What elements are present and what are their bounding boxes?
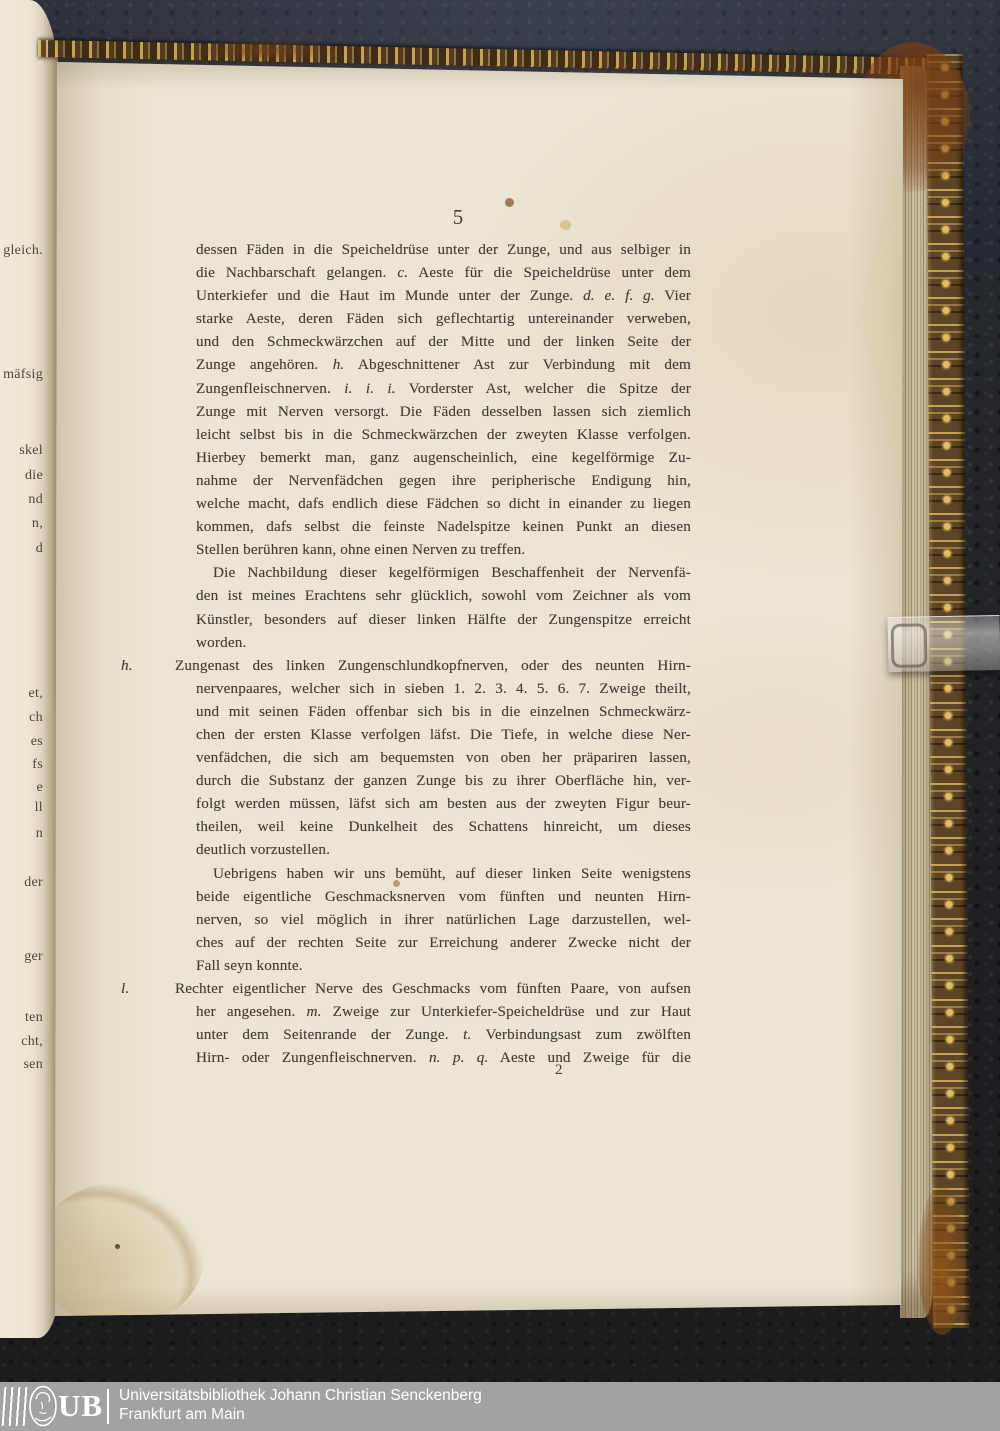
text-line: Zunge mit Nerven versorgt. Die Fäden des… [175,400,691,423]
text-line: unter dem Seitenrande der Zunge. t. Verb… [175,1023,691,1046]
text-line: Fall seyn konnte. [175,954,691,977]
ub-logo-text: UB [58,1387,103,1425]
text-line: starke Aeste, deren Fäden sich geflechta… [175,307,691,330]
text-line: worden. [175,631,691,654]
text-line: Stellen berühren kann, ohne einen Nerven… [175,538,691,561]
text-line: welche macht, dafs endlich diese Fädchen… [175,492,691,515]
margin-text-fragment: n [36,826,43,842]
text-line: den ist meines Erachtens sehr glücklich,… [175,584,691,607]
library-banner: UB Universitätsbibliothek Johann Christi… [0,1382,1000,1431]
gilt-fore-edge [927,54,970,1328]
item-label: l. [121,977,129,1000]
library-name-line1: Universitätsbibliothek Johann Christian … [119,1386,482,1405]
margin-text-fragment: d [36,541,43,557]
book-scan-photo: gleich.mäfsigskeldiendn,det,chesfsellnde… [0,0,1000,1431]
library-name: Universitätsbibliothek Johann Christian … [119,1386,482,1424]
text-line: Unterkiefer und die Haut im Munde unter … [175,284,691,307]
margin-text-fragment: nd [28,492,43,508]
water-stain [35,1182,205,1327]
text-line: und den Schmeckwärzchen auf der Mitte un… [175,330,691,353]
text-block: dessen Fäden in die Speicheldrüse unter … [175,238,691,1069]
text-line: theilen, weil keine Dunkelheit des Schat… [175,815,691,838]
book-spines-icon [2,1387,31,1426]
margin-text-fragment: die [25,468,43,484]
page-holder-clip [888,615,1000,672]
signature-mark: 2 [555,1062,563,1079]
margin-text-fragment: gleich. [3,243,43,259]
foxing-spot [560,220,571,230]
text-line: Zungenfleischnerven. i. i. i. Vorderster… [175,377,691,400]
text-line: Zunge angehören. h. Abgeschnittener Ast … [175,353,691,376]
text-line: leicht selbst bis in die Schmeckwärzchen… [175,423,691,446]
text-line: chen der ersten Klasse verfolgen läfst. … [175,723,691,746]
margin-text-fragment: cht, [21,1034,43,1050]
text-line: Hirn- oder Zungenfleischnerven. n. p. q.… [175,1046,691,1069]
text-line: l.Rechter eigentlicher Nerve des Geschma… [175,977,691,1000]
book-page: 5 dessen Fäden in die Speicheldrüse unte… [55,62,903,1318]
text-line: nervenpaares, welcher sich in sieben 1. … [175,677,691,700]
text-line: venfädchen, die sich am bequemsten von o… [175,746,691,769]
text-line: dessen Fäden in die Speicheldrüse unter … [175,238,691,261]
margin-text-fragment: mäfsig [3,367,43,383]
margin-text-fragment: fs [32,757,43,773]
text-line: nerven, so viel möglich in ihrer natürli… [175,908,691,931]
margin-text-fragment: e [36,780,43,796]
margin-text-fragment: ch [29,710,43,726]
logo-separator [107,1389,109,1424]
item-label: h. [121,654,133,677]
page-number: 5 [443,205,473,230]
text-line: nahme der Nervenfädchen gegen ihre perip… [175,469,691,492]
text-line: die Nachbarschaft gelangen. c. Aeste für… [175,261,691,284]
foxing-spot [115,1244,120,1249]
library-name-line2: Frankfurt am Main [119,1405,482,1424]
margin-text-fragment: ten [25,1010,43,1026]
text-line: Die Nachbildung dieser kegelförmigen Bes… [175,561,691,584]
rust-stain [918,1185,966,1335]
margin-text-fragment: sen [23,1057,43,1073]
text-line: Uebrigens haben wir uns bemüht, auf dies… [175,862,691,885]
text-line: durch die Substanz der ganzen Zunge bis … [175,769,691,792]
text-line: kommen, dafs selbst die feinste Nadelspi… [175,515,691,538]
rust-stain [190,38,340,62]
facing-page-edge: gleich.mäfsigskeldiendn,det,chesfsellnde… [0,0,60,1338]
goethe-portrait-icon [28,1385,58,1431]
foxing-spot [505,198,514,207]
text-line: her angesehen. m. Zweige zur Unterkiefer… [175,1000,691,1023]
text-line: folgt werden müssen, läfst sich am beste… [175,792,691,815]
text-line: Hierbey bemerkt man, ganz augenscheinlic… [175,446,691,469]
margin-text-fragment: ll [35,800,43,816]
margin-text-fragment: skel [19,443,43,459]
text-line: beide eigentliche Geschmacksnerven vom f… [175,885,691,908]
text-line: Künstler, besonders auf dieser linken Hä… [175,608,691,631]
margin-text-fragment: der [24,875,43,891]
text-line: deutlich vorzustellen. [175,838,691,861]
clip-loop [891,623,928,668]
text-line: ches auf der rechten Seite zur Erreichun… [175,931,691,954]
margin-text-fragment: n, [32,516,43,532]
margin-text-fragment: et, [28,686,43,702]
text-line: und mit seinen Fäden offenbar sich bis i… [175,700,691,723]
margin-text-fragment: ger [24,949,43,965]
margin-text-fragment: es [31,734,43,750]
text-line: h.Zungenast des linken Zungenschlundkopf… [175,654,691,677]
